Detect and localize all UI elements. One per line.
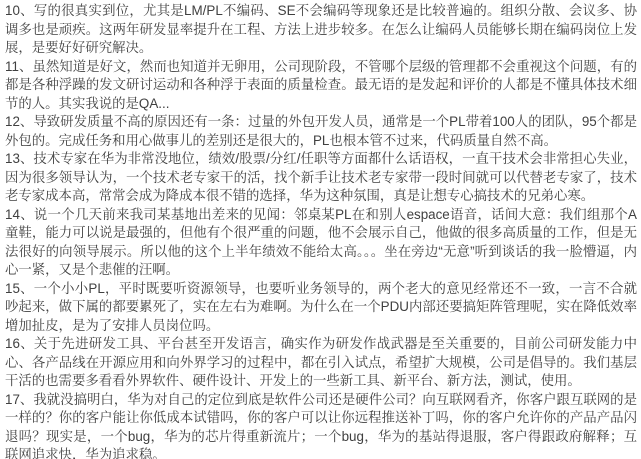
- comment-item-17: 17、我就没搞明白，华为对自己的定位到底是软件公司还是硬件公司？向互联网看齐，你…: [5, 391, 637, 459]
- comment-list: 10、写的很真实到位，尤其是LM/PL不编码、SE不会编码等现象还是比较普遍的。…: [0, 0, 641, 459]
- comment-item-16: 16、关于先进研发工具、平台甚至开发语言，确实作为研发作战武器是至关重要的，目前…: [5, 335, 637, 391]
- comment-item-10: 10、写的很真实到位，尤其是LM/PL不编码、SE不会编码等现象还是比较普遍的。…: [5, 2, 637, 58]
- comment-item-11: 11、虽然知道是好文，然而也知道并无卵用，公司现阶段，不管哪个层级的管理都不会重…: [5, 58, 637, 114]
- comment-item-14: 14、说一个几天前来我司某基地出差来的见闻：邻桌某PL在和别人espace语音，…: [5, 206, 637, 280]
- comment-item-15: 15、一个小小PL，平时既要听资源领导，也要听业务领导的，两个老大的意见经常还不…: [5, 280, 637, 336]
- comment-item-12: 12、导致研发质量不高的原因还有一条：过量的外包开发人员，通常是一个PL带着10…: [5, 113, 637, 150]
- comment-item-13: 13、技术专家在华为非常没地位，绩效/股票/分红/任职等方面都什么话语权，一直干…: [5, 150, 637, 206]
